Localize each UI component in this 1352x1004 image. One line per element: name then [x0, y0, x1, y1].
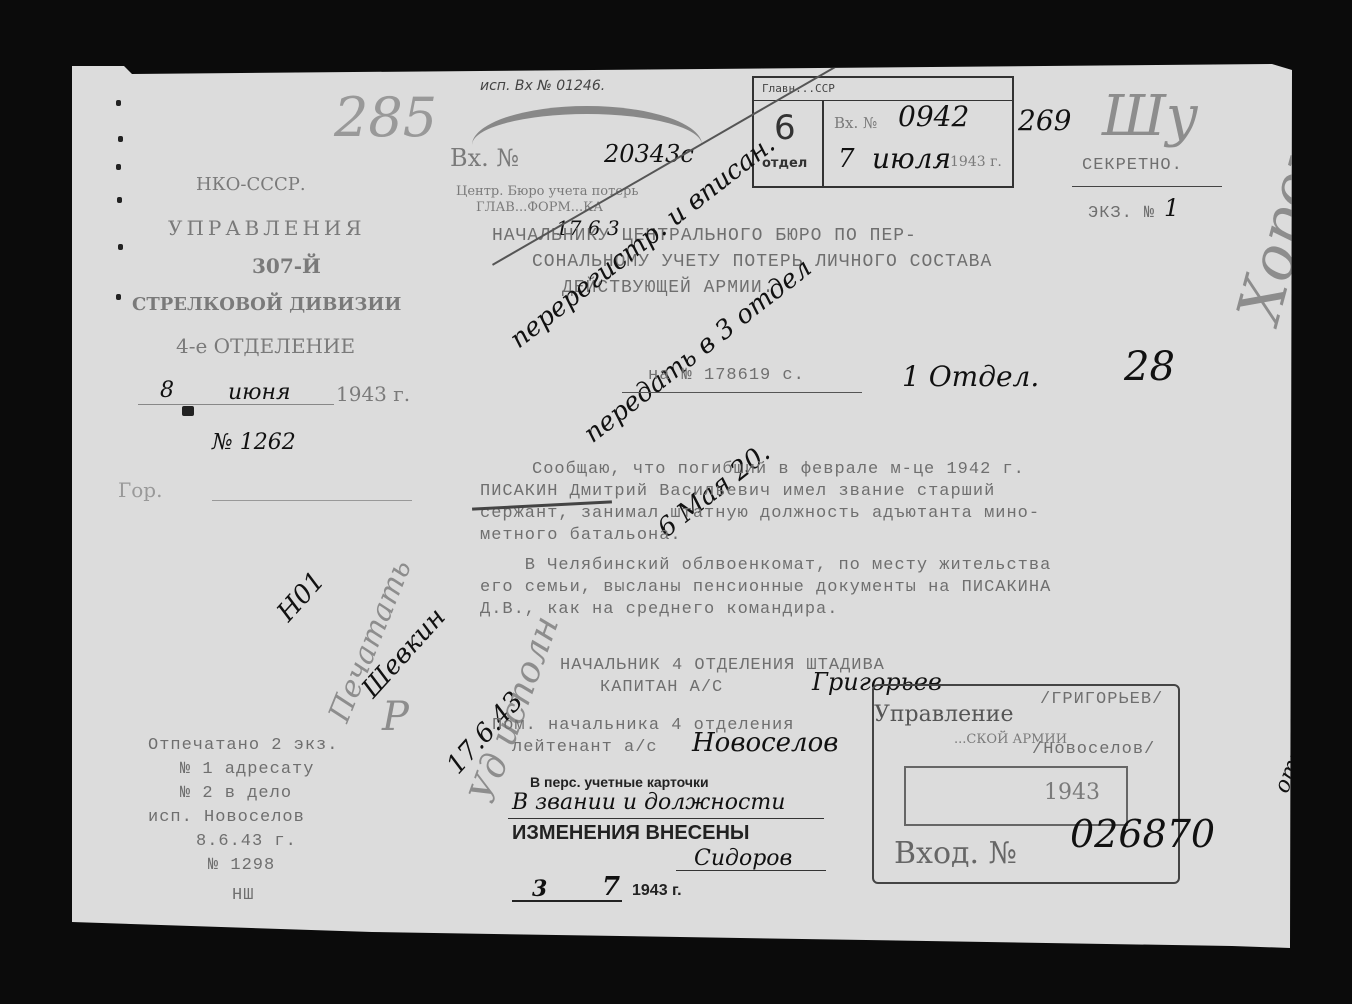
sender-line-3: 307-Й [252, 254, 321, 278]
punch-hole [118, 244, 123, 250]
cards-date-year: 1943 г. [632, 882, 682, 900]
pencil-note-right: Хорош [1224, 108, 1346, 329]
reference-hand-number: 28 [1124, 344, 1175, 390]
sender-line-5: 4-е ОТДЕЛЕНИЕ [176, 334, 355, 358]
chief-rank: КАПИТАН А/С [600, 678, 723, 697]
pencil-note-top-right: Шу [1102, 84, 1198, 149]
sender-date-year: 1943 г. [336, 382, 410, 406]
incoming-label: Вх. № [450, 144, 519, 172]
sender-date-month: июня [228, 380, 291, 405]
received-in-label: Вход. № [894, 836, 1017, 871]
print-note-2: № 1 адресату [180, 760, 314, 779]
pencil-mid-letter: Р [382, 694, 409, 740]
left-note-line-1: Н01 [268, 523, 370, 630]
assistant-signature: Новоселов [692, 728, 838, 758]
print-note-1: Отпечатано 2 экз. [148, 736, 338, 755]
classification-label: СЕКРЕТНО. [1082, 156, 1183, 175]
side-note-line-1: отработано [1268, 648, 1352, 798]
cards-stamp-line-2: ИЗМЕНЕНИЯ ВНЕСЕНЫ [512, 822, 749, 845]
received-stamp-year: 1943 [1044, 780, 1100, 805]
body-line-4: метного батальона. [480, 526, 682, 545]
dept-number: 6 [774, 108, 796, 148]
print-note-3: № 2 в дело [180, 784, 292, 803]
cards-stamp-signature: Сидоров [694, 846, 792, 871]
received-stamp-line-2: ...СКОЙ АРМИИ [954, 732, 1067, 747]
punch-hole [116, 294, 121, 300]
punch-hole [118, 136, 123, 142]
top-note: исп. Вх № 01246. [480, 78, 605, 94]
received-stamp-line-1: Управление [874, 702, 1014, 727]
side-hand-note: отработано сектору 19.7 [1212, 625, 1352, 887]
punch-hole [116, 164, 121, 170]
dept-date-year: 1943 г. [950, 154, 1002, 170]
received-in-number: 026870 [1070, 812, 1215, 856]
print-note-7: НШ [232, 886, 254, 905]
punch-hole [182, 406, 194, 416]
cards-date-day: 3 [532, 876, 547, 902]
body-line-2: ПИСАКИН Дмитрий Васильевич имел звание с… [480, 482, 995, 501]
print-note-6: № 1298 [208, 856, 275, 875]
sender-line-2: УПРАВЛЕНИЯ [168, 216, 366, 240]
print-note-4: исп. Новоселов [148, 808, 305, 827]
received-stamp: Управление ...СКОЙ АРМИИ 1943 Вход. № 02… [872, 684, 1180, 884]
document-page: 285 исп. Вх № 01246. Вх. № 20343с Центр.… [72, 64, 1292, 948]
cards-stamp-line-1: В перс. учетные карточки [530, 774, 709, 790]
body-line-3: сержант, занимал штатную должность адъют… [480, 504, 1040, 523]
sender-number: № 1262 [212, 430, 296, 455]
cards-date-month: 7 [602, 872, 620, 902]
punch-hole [117, 197, 122, 203]
dept-in-label: Вх. № [834, 114, 877, 132]
dept-date-day: 7 [838, 144, 855, 174]
sender-line-4: СТРЕЛКОВОЙ ДИВИЗИИ [132, 294, 401, 315]
print-note-5: 8.6.43 г. [196, 832, 297, 851]
body-line-6: его семьи, высланы пенсионные документы … [480, 578, 1051, 597]
pencil-number: 285 [334, 86, 437, 149]
punch-hole [116, 100, 121, 106]
dept-in-number: 0942 [898, 100, 969, 133]
sender-date-day: 8 [160, 378, 174, 403]
copy-label: ЭКЗ. № [1088, 204, 1155, 223]
dept-extra-number: 269 [1018, 104, 1071, 137]
cards-stamp-hand: В звании и должности [512, 790, 785, 815]
reference-hand-note: 1 Отдел. [902, 360, 1039, 393]
body-line-1: Сообщаю, что погибший в феврале м-це 194… [532, 460, 1025, 479]
assistant-rank: лейтенант а/с [512, 738, 658, 757]
body-line-5: В Челябинский облвоенкомат, по месту жит… [480, 556, 1051, 575]
copy-number: 1 [1164, 194, 1179, 222]
dept-date-month: июля [872, 142, 951, 175]
sender-city: Гор. [118, 478, 162, 502]
sender-line-1: НКО-СССР. [196, 174, 306, 195]
reference-number: на № 178619 с. [648, 366, 805, 385]
